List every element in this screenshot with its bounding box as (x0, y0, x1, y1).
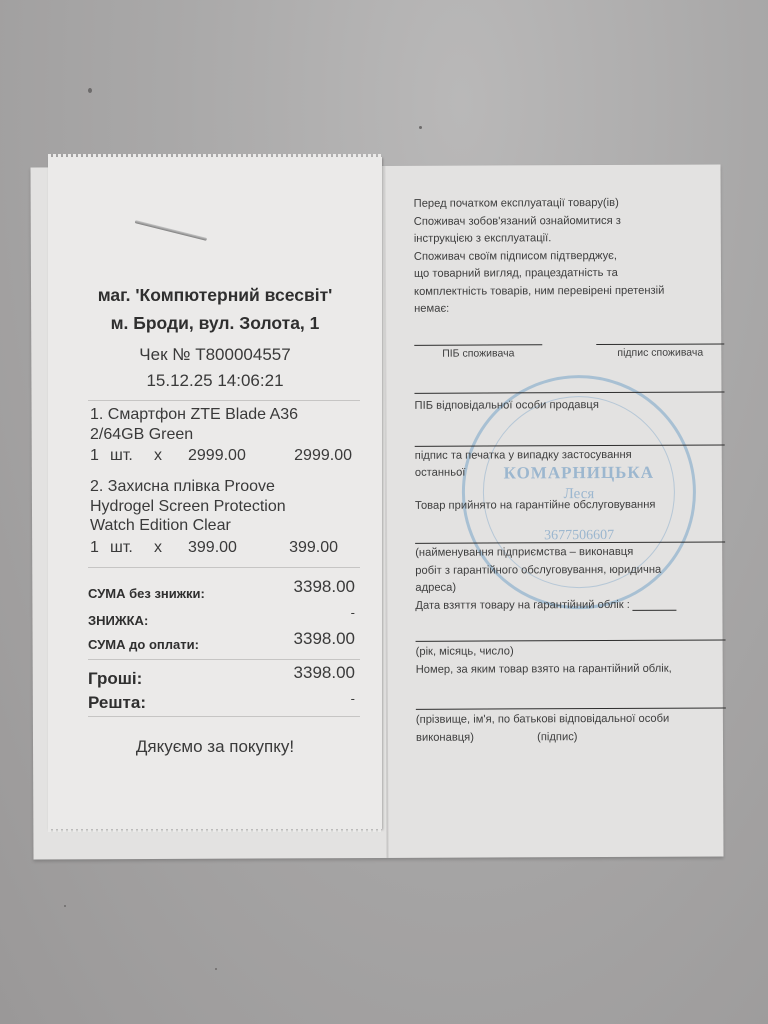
thank-you-message: Дякуємо за покупку! (48, 737, 382, 757)
subtotal-value: 3398.00 (294, 577, 355, 597)
seller-name-field[interactable] (414, 391, 724, 393)
intro-line: Споживач своїм підписом підтверджує, (414, 247, 724, 266)
amount-due-value: 3398.00 (294, 629, 355, 649)
intro-line: немає: (414, 299, 724, 318)
executor-label: виконавця) (підпис) (416, 728, 726, 747)
consumer-name-field[interactable]: ПІБ споживача (414, 344, 542, 363)
item-total: 2999.00 (294, 447, 352, 465)
background-speck (215, 968, 217, 970)
background-speck (419, 126, 422, 129)
consumer-signature-field[interactable]: підпис споживача (596, 343, 724, 362)
company-label: (найменування підприємства – виконавця (415, 543, 725, 562)
date-taken-label: Дата взяття товару на гарантійний облік … (415, 596, 630, 614)
receipt-item: 2. Захисна плівка Proove Hydrogel Screen… (90, 477, 365, 536)
discount-label: ЗНИЖКА: (88, 613, 148, 628)
item-price: 399.00 (188, 539, 237, 557)
separator (88, 716, 360, 717)
background-speck (88, 88, 92, 93)
amount-due-row: СУМА до оплати: 3398.00 (88, 629, 355, 651)
item-times: x (154, 539, 162, 557)
amount-due-label: СУМА до оплати: (88, 637, 199, 652)
date-format-label: (рік, місяць, число) (416, 642, 726, 661)
subtotal-label: СУМА без знижки: (88, 586, 205, 601)
change-row: Решта: - (88, 691, 355, 715)
cash-label: Гроші: (88, 669, 142, 689)
item-times: x (154, 447, 162, 465)
separator (88, 567, 360, 568)
item-quantity: 1 (90, 539, 99, 557)
item-price: 2999.00 (188, 447, 246, 465)
card-fold-line (383, 166, 388, 858)
executor-label-line2: виконавця) (416, 731, 474, 743)
cash-value: 3398.00 (294, 663, 355, 683)
item-unit: шт. (110, 447, 133, 465)
item-total: 399.00 (289, 539, 338, 557)
warranty-form: Перед початком експлуатації товару(ів) С… (414, 194, 726, 746)
check-number: Чек № T800004557 (48, 345, 382, 365)
cash-row: Гроші: 3398.00 (88, 663, 355, 689)
intro-line: комплектність товарів, ним перевірені пр… (414, 282, 724, 301)
executor-signature-label: (підпис) (537, 731, 577, 743)
accepted-label: Товар прийнято на гарантійне обслуговува… (415, 496, 725, 515)
subtotal-row: СУМА без знижки: 3398.00 (88, 577, 355, 601)
shop-address: м. Броди, вул. Золота, 1 (48, 313, 382, 334)
staple-pin (135, 220, 208, 241)
item-name: Hydrogel Screen Protection (90, 497, 365, 517)
date-field[interactable] (416, 639, 726, 641)
seal-label: останньої (415, 463, 725, 482)
executor-label: (прізвище, ім'я, по батькові відповідаль… (416, 710, 726, 729)
item-qty-row: 1 шт. x 2999.00 2999.00 (90, 447, 352, 467)
discount-row: ЗНИЖКА: - (88, 605, 355, 627)
item-name: 2/64GB Green (90, 425, 365, 445)
executor-field[interactable] (416, 707, 726, 709)
consumer-signature-label: підпис споживача (596, 344, 724, 362)
intro-line: інструкцією з експлуатації. (414, 229, 724, 248)
intro-line: Споживач зобов'язаний ознайомитися з (414, 212, 724, 231)
change-value: - (351, 691, 355, 706)
item-qty-row: 1 шт. x 399.00 399.00 (90, 539, 352, 559)
cash-receipt: маг. 'Компютерний всесвіт' м. Броди, вул… (48, 157, 382, 829)
intro-line: що товарний вигляд, працездатність та (414, 264, 724, 283)
intro-line: Перед початком експлуатації товару(ів) (414, 194, 724, 213)
shop-name: маг. 'Компютерний всесвіт' (48, 285, 382, 306)
registration-number-label: Номер, за яким товар взято на гарантійни… (416, 660, 726, 679)
item-name: Watch Edition Clear (90, 516, 365, 536)
seal-label: підпис та печатка у випадку застосування (415, 446, 725, 465)
item-quantity: 1 (90, 447, 99, 465)
date-taken-field[interactable] (633, 610, 677, 611)
consumer-name-label: ПІБ споживача (414, 345, 542, 363)
receipt-item: 1. Смартфон ZTE Blade A36 2/64GB Green (90, 405, 365, 444)
item-unit: шт. (110, 539, 133, 557)
seller-name-label: ПІБ відповідальної особи продавця (415, 396, 725, 415)
item-name: 1. Смартфон ZTE Blade A36 (90, 405, 365, 425)
separator (88, 400, 360, 401)
receipt-datetime: 15.12.25 14:06:21 (48, 371, 382, 391)
discount-value: - (351, 605, 355, 620)
change-label: Решта: (88, 693, 146, 713)
separator (88, 659, 360, 660)
background-speck (64, 905, 66, 907)
item-name: 2. Захисна плівка Proove (90, 477, 365, 497)
company-label: адреса) (415, 578, 725, 597)
company-label: робіт з гарантійного обслуговування, юри… (415, 561, 725, 580)
